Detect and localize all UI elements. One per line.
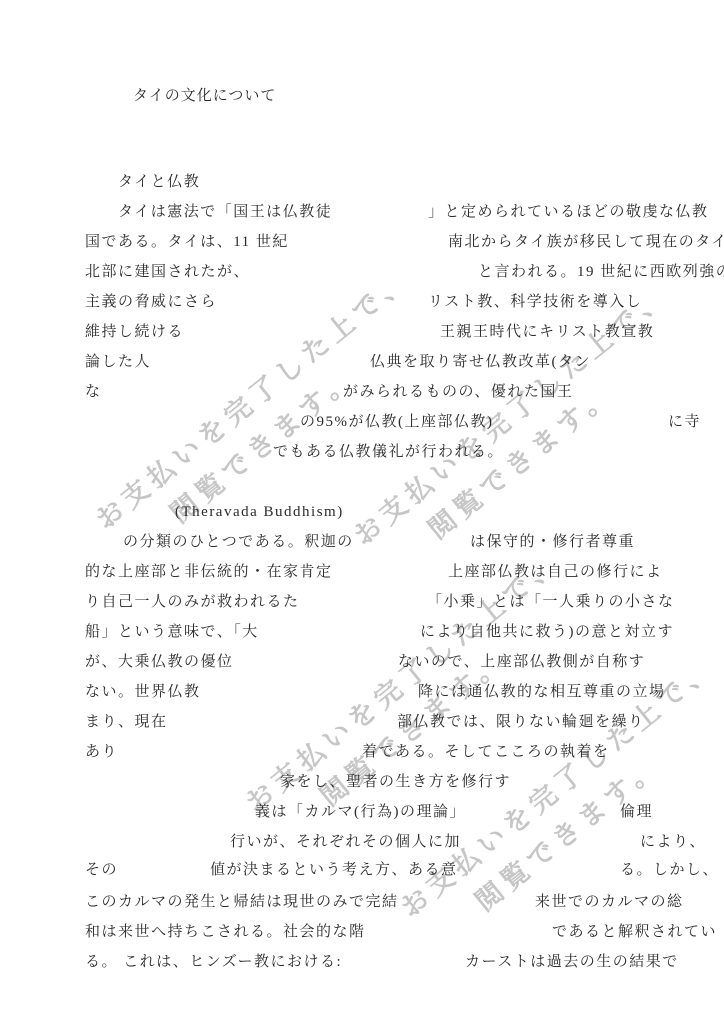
text-line-segment: 維持し続ける <box>85 322 184 342</box>
text-line-segment: 「小乗」とは「一人乗りの小さな <box>427 592 675 612</box>
section-heading: タイと仏教 <box>118 172 200 192</box>
text-line-segment: 和は来世へ持ちこされる。社会的な階 <box>85 922 366 942</box>
text-line-segment: タイは憲法で「国王は仏教徒 <box>118 202 332 222</box>
text-line-segment: の分類のひとつである。釈迦の <box>123 532 354 552</box>
text-line-segment: あり <box>85 742 118 762</box>
text-line-segment: 上座部仏教は自己の修行によ <box>448 562 663 582</box>
text-line-segment: 来世でのカルマの総 <box>535 892 684 912</box>
document-title: タイの文化について <box>133 86 276 106</box>
text-line-segment: の95%が仏教(上座部仏教) <box>300 412 494 432</box>
document-text-layer: タイの文化について タイと仏教 (Theravada Buddhism) タイは… <box>0 0 724 1024</box>
subheading-theravada: (Theravada Buddhism) <box>175 502 344 522</box>
text-line-segment: 」と定められているほどの敬虔な仏教 <box>428 202 709 222</box>
text-line-segment: 国である。タイは、11 世紀 <box>85 232 289 252</box>
text-line-segment: が、大乗仏教の優位 <box>85 652 234 672</box>
text-line-segment: 部仏教では、限りない輪廻を繰り <box>397 712 645 732</box>
text-line-segment: でもある仏教儀礼が行われる。 <box>273 442 504 462</box>
text-line-segment: 北部に建国されたが、 <box>85 262 250 282</box>
text-line-segment: であると解釈されてい <box>552 922 717 942</box>
text-line-segment: る。しかし、 <box>620 860 719 880</box>
text-line-segment: 着である。そしてこころの執着を <box>362 742 610 762</box>
text-line-segment: り自己一人のみが救われるた <box>85 592 300 612</box>
scanned-document-page: お支払いを完了した上で、閲覧できます。お支払いを完了した上で、閲覧できます。お支… <box>0 0 724 1024</box>
text-line-segment: まり、現在 <box>85 712 168 732</box>
text-line-segment: 倫理 <box>620 802 653 822</box>
text-line-segment: 降には通仏教的な相互尊重の立場 <box>418 682 666 702</box>
text-line-segment: このカルマの発生と帰結は現世のみで完結 <box>85 892 399 912</box>
text-line-segment: 仏典を取り寄せ仏教改革(タン <box>370 352 591 372</box>
text-line-segment: 義は「カルマ(行為)の理論」 <box>255 802 466 822</box>
text-line-segment: 家をし、聖者の生き方を修行す <box>280 772 511 792</box>
text-line-segment: に寺 <box>668 412 701 432</box>
text-line-segment: な <box>85 382 102 402</box>
text-line-segment: 論した人 <box>85 352 151 372</box>
text-line-segment: リスト教、科学技術を導入し <box>428 292 642 312</box>
text-line-segment: る。 これは、ヒンズー教における: <box>85 952 342 972</box>
text-line-segment: がみられるものの、優れた国王 <box>343 382 573 402</box>
text-line-segment: は保守的・修行者尊重 <box>470 532 635 552</box>
text-line-segment: カーストは過去の生の結果で <box>465 952 679 972</box>
text-line-segment: 値が決まるという考え方、ある意 <box>210 860 458 880</box>
text-line-segment: により自他共に救う)の意と対立す <box>420 622 674 642</box>
text-line-segment: と言われる。19 世紀に西欧列強の帝国 <box>478 262 724 282</box>
text-line-segment: 行いが、それぞれその個人に加 <box>230 832 461 852</box>
text-line-segment: ないので、上座部仏教側が自称す <box>398 652 645 672</box>
text-line-segment: 主義の脅威にさら <box>85 292 217 312</box>
text-line-segment: 王親王時代にキリスト教宣教 <box>440 322 654 342</box>
text-line-segment: ない。世界仏教 <box>85 682 201 702</box>
text-line-segment: その <box>85 860 118 880</box>
text-line-segment: 的な上座部と非伝統的・在家肯定 <box>85 562 333 582</box>
text-line-segment: により、 <box>640 832 706 852</box>
text-line-segment: 船」という意味で、「大 <box>85 622 259 642</box>
text-line-segment: 南北からタイ族が移民して現在のタイ <box>448 232 724 252</box>
